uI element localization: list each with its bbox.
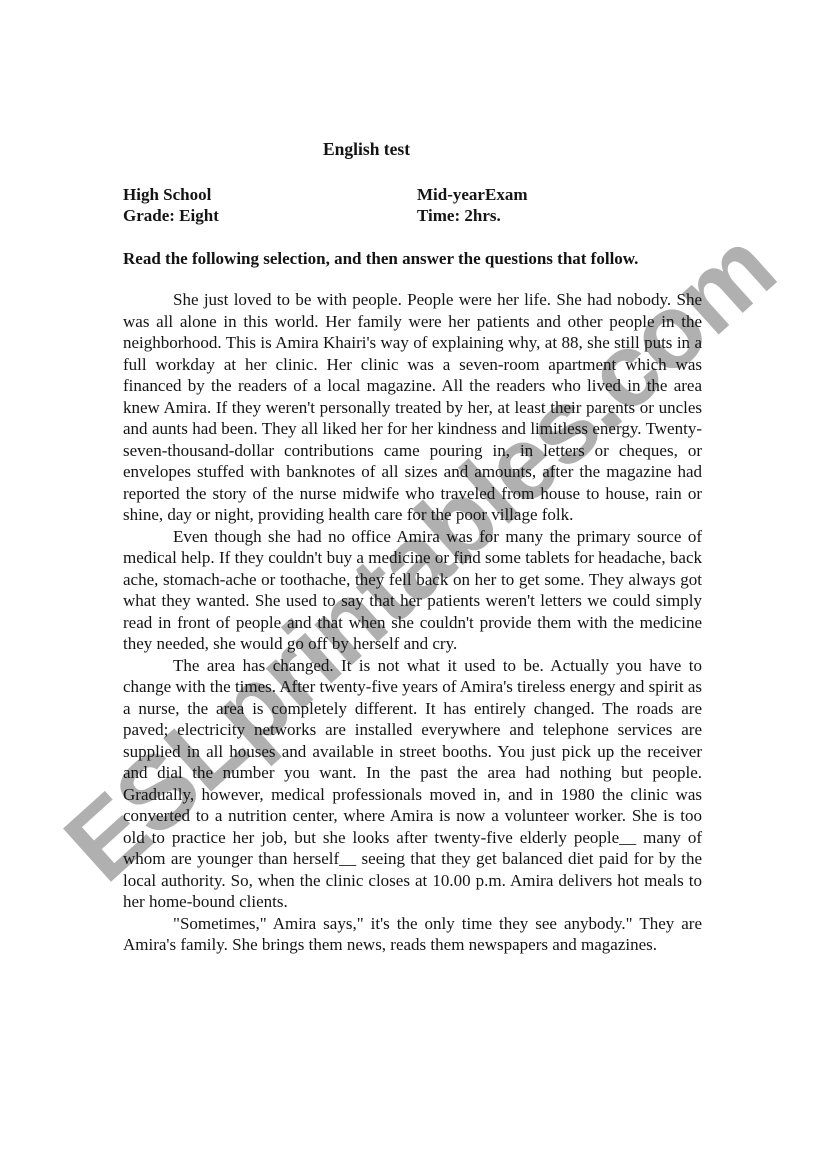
exam-type-label: Mid-yearExam: [417, 184, 702, 206]
school-label: High School: [123, 184, 417, 206]
reading-paragraph-3: The area has changed. It is not what it …: [123, 655, 702, 913]
time-label: Time: 2hrs.: [417, 205, 702, 227]
document-page: ESLprintables.com English test High Scho…: [0, 0, 821, 1169]
exam-meta-right: Mid-yearExam Time: 2hrs.: [417, 184, 702, 227]
reading-paragraph-2: Even though she had no office Amira was …: [123, 526, 702, 655]
reading-paragraph-4: "Sometimes," Amira says," it's the only …: [123, 913, 702, 956]
grade-label: Grade: Eight: [123, 205, 417, 227]
exam-meta: High School Grade: Eight Mid-yearExam Ti…: [123, 184, 702, 227]
instruction-line: Read the following selection, and then a…: [123, 248, 702, 270]
reading-paragraph-1: She just loved to be with people. People…: [123, 289, 702, 526]
exam-meta-left: High School Grade: Eight: [123, 184, 417, 227]
document-content: English test High School Grade: Eight Mi…: [123, 0, 702, 956]
page-title: English test: [123, 139, 702, 161]
